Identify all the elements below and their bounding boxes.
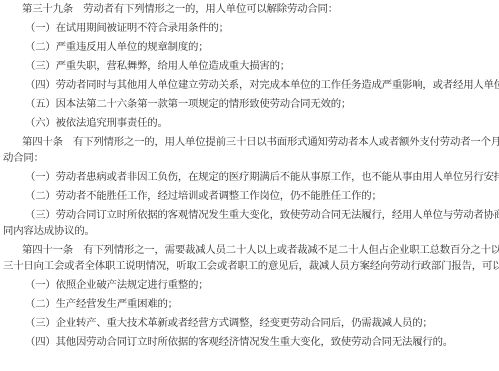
article-39-item-6: （六）被依法追究刑事责任的。 — [25, 116, 168, 130]
article-41-heading-cont: 三十日向工会或者全体职工说明情况，听取工会或者职工的意见后，裁减人员方案经向劳动… — [3, 259, 499, 273]
article-39-item-1: （一）在试用期间被证明不符合录用条件的； — [25, 21, 229, 35]
article-40-item-1: （一）劳动者患病或者非因工负伤，在规定的医疗期满后不能从事原工作，也不能从事由用… — [25, 170, 499, 184]
article-39-item-5: （五）因本法第二十六条第一款第一项规定的情形致使劳动合同无效的； — [25, 97, 351, 111]
article-39-heading: 第三十九条 劳动者有下列情形之一的，用人单位可以解除劳动合同： — [22, 2, 338, 16]
article-41-item-2: （二）生产经营发生严重困难的； — [25, 297, 178, 311]
article-41-item-1: （一）依照企业破产法规定进行重整的； — [25, 278, 208, 292]
article-41-item-3: （三）企业转产、重大技术革新或者经营方式调整，经变更劳动合同后，仍需裁减人员的； — [25, 316, 433, 330]
article-40-heading-cont: 动合同： — [3, 151, 44, 165]
article-39-item-4: （四）劳动者同时与其他用人单位建立劳动关系，对完成本单位的工作任务造成严重影响，… — [25, 78, 499, 92]
article-40-item-3: （三）劳动合同订立时所依据的客观情况发生重大变化，致使劳动合同无法履行，经用人单… — [25, 208, 499, 222]
article-41-heading: 第四十一条 有下列情形之一，需要裁减人员二十人以上或者裁减不足二十人但占企业职工… — [22, 243, 499, 257]
article-41-item-4: （四）其他因劳动合同订立时所依据的客观经济情况发生重大变化，致使劳动合同无法履行… — [25, 335, 453, 349]
article-39-item-3: （三）严重失职，营私舞弊，给用人单位造成重大损害的； — [25, 59, 290, 73]
article-40-heading: 第四十条 有下列情形之一的，用人单位提前三十日以书面形式通知劳动者本人或者额外支… — [22, 135, 499, 149]
article-39-item-2: （二）严重违反用人单位的规章制度的； — [25, 40, 208, 54]
article-40-item-2: （二）劳动者不能胜任工作，经过培训或者调整工作岗位，仍不能胜任工作的； — [25, 189, 382, 203]
article-40-item-3-cont: 同内容达成协议的。 — [3, 224, 95, 238]
